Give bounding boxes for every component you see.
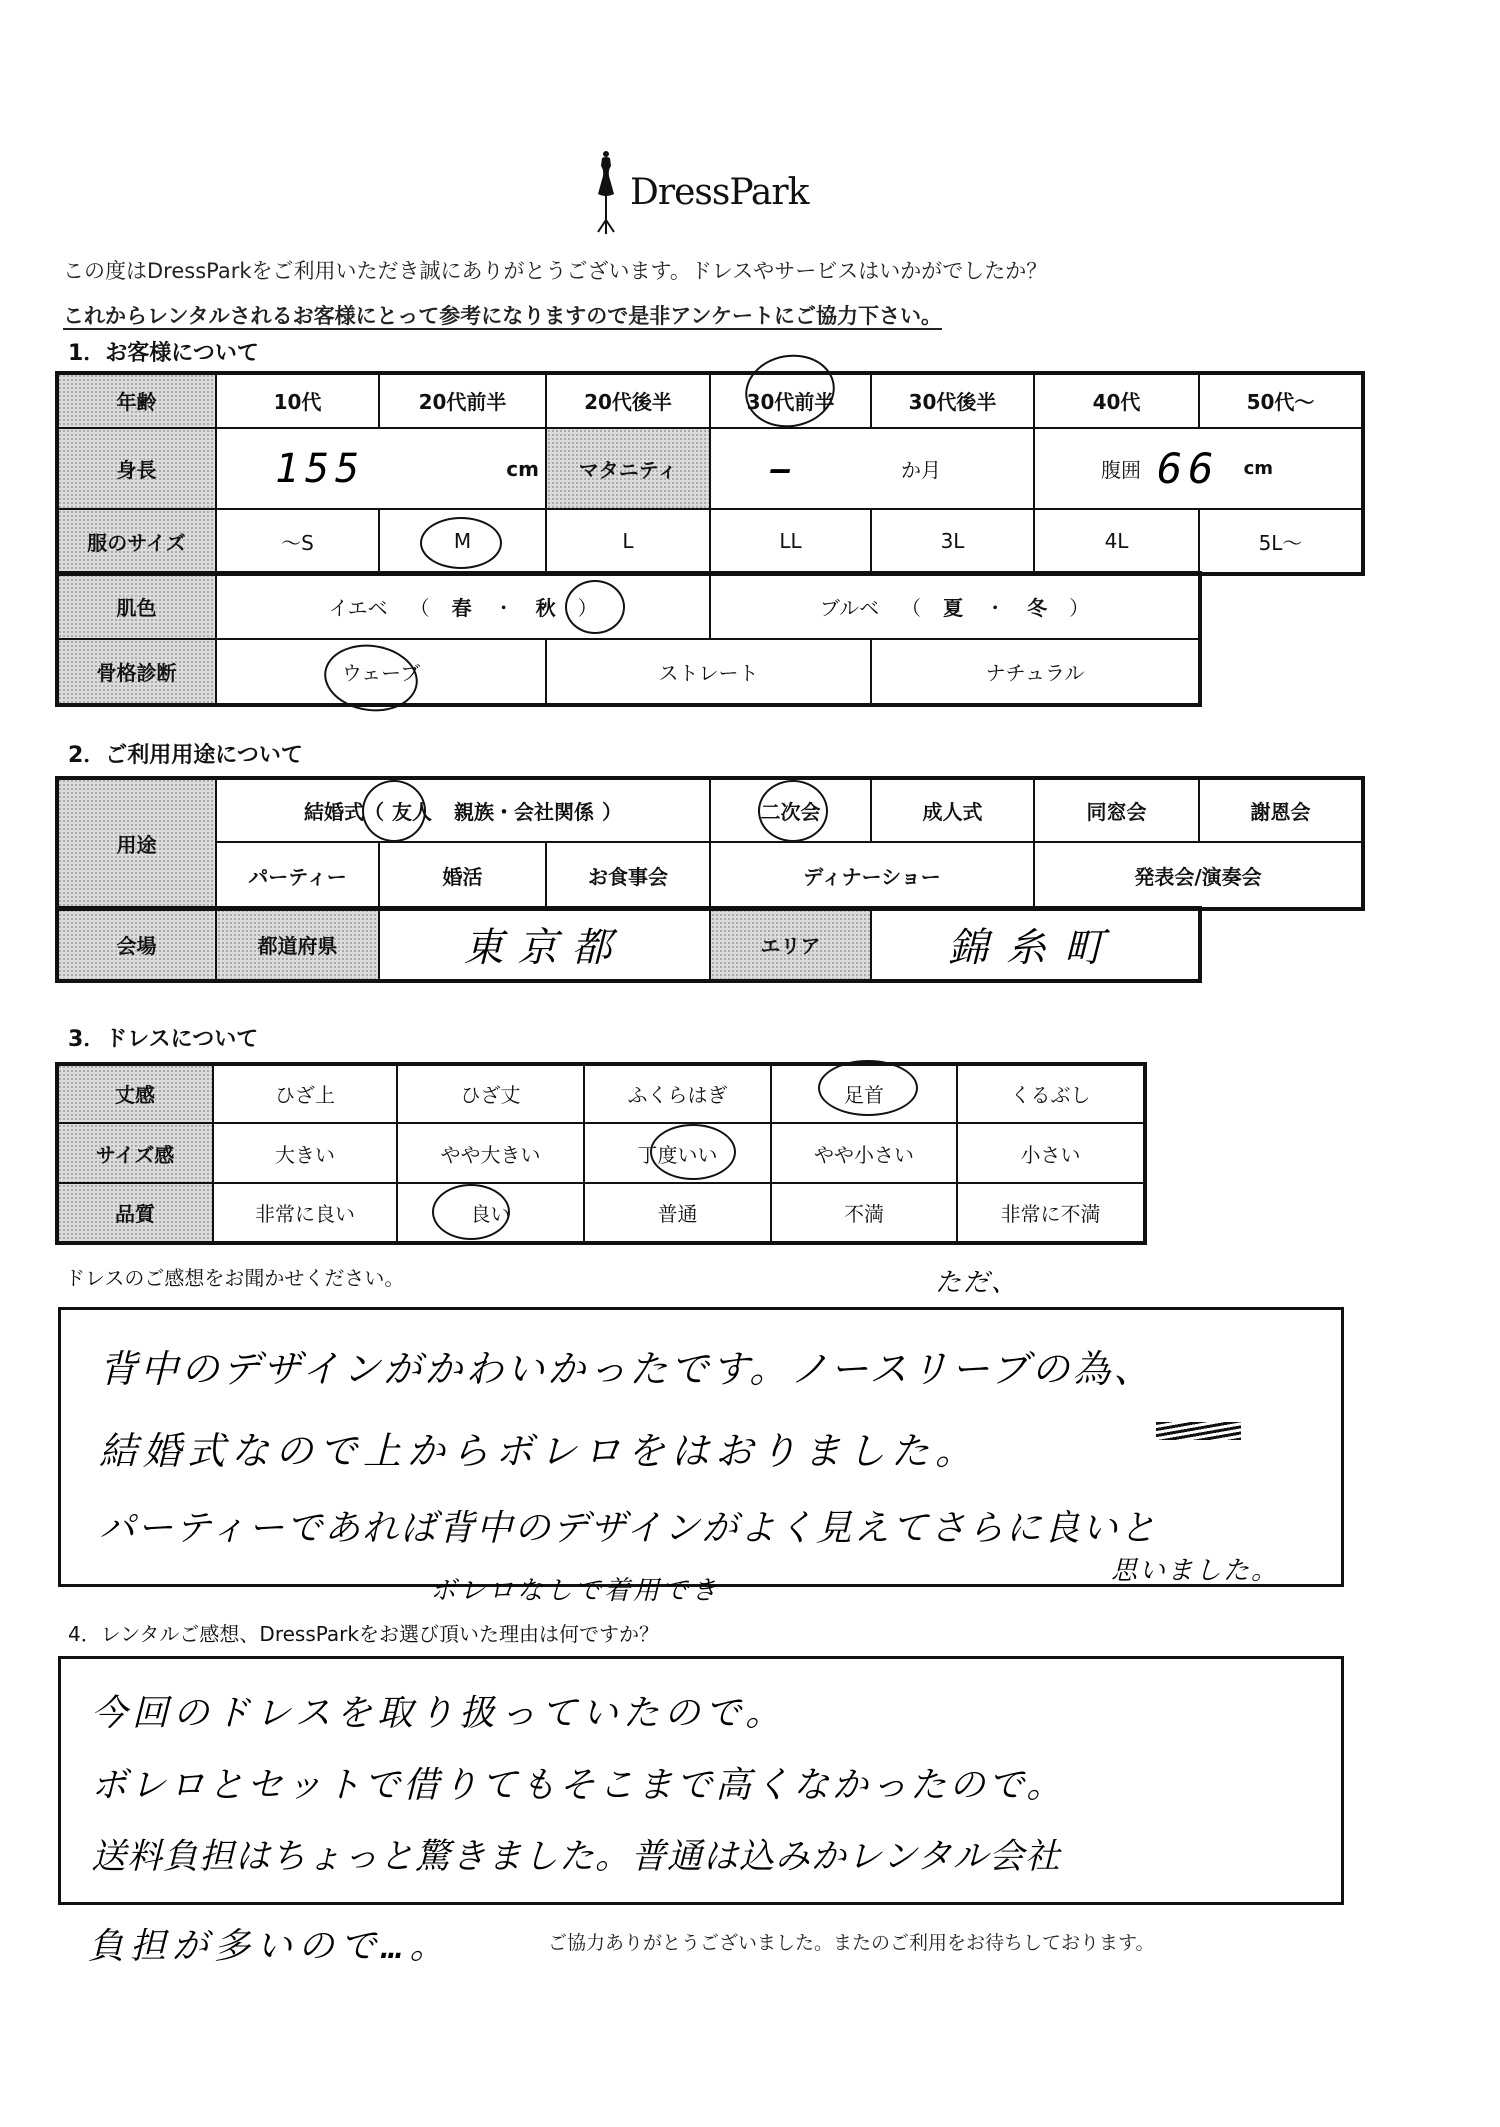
separator: ・	[494, 592, 514, 621]
size-option-m[interactable]: M	[378, 508, 547, 574]
waist-unit: cm	[1244, 458, 1273, 479]
brand-name: DressPark	[630, 172, 808, 213]
fit-option-large[interactable]: 大きい	[212, 1122, 398, 1184]
purpose-option-recital[interactable]: 発表会/演奏会	[1033, 841, 1363, 909]
purpose-label: 用途	[56, 777, 217, 909]
length-option-calf[interactable]: ふくらはぎ	[583, 1063, 772, 1124]
maternity-unit: か月	[901, 454, 941, 483]
height-label: 身長	[56, 427, 217, 510]
height-unit: cm	[506, 457, 539, 481]
purpose-option-thank-you-party[interactable]: 謝恩会	[1198, 777, 1363, 843]
purpose-option-party[interactable]: パーティー	[215, 841, 380, 909]
paren-open: （	[410, 592, 430, 621]
purpose-option-coming-of-age[interactable]: 成人式	[870, 777, 1035, 843]
quality-option-very-good[interactable]: 非常に良い	[212, 1182, 398, 1243]
paren-close: ）	[602, 796, 622, 825]
wedding-prefix: 結婚式（	[304, 796, 384, 825]
dress-comment-box[interactable]: 背中のデザインがかわいかったです。ノースリーブの為、 結婚式なので上からボレロを…	[58, 1307, 1344, 1587]
comment-line-4-right: 思いました。	[1111, 1550, 1279, 1587]
section-3-title: 3．ドレスについて	[68, 1022, 258, 1053]
age-option-early-30s[interactable]: 30代前半	[709, 372, 872, 429]
answer-line-1: 今回のドレスを取り扱っていたので。	[91, 1685, 786, 1736]
quality-option-good[interactable]: 良い	[396, 1182, 585, 1243]
mannequin-icon	[592, 150, 620, 236]
comment-line-2: 結婚式なので上からボレロをはおりました。	[99, 1420, 979, 1475]
paren-close: ）	[1069, 592, 1089, 621]
area-field[interactable]: 錦糸町	[870, 907, 1200, 981]
maternity-field[interactable]: — か月	[709, 427, 1035, 510]
purpose-option-friend[interactable]: 友人	[392, 796, 432, 825]
section-4-title: 4．レンタルご感想、DressParkをお選び頂いた理由は何ですか？	[68, 1618, 659, 1647]
skin-yellow-prefix: イエベ	[328, 592, 387, 621]
section-2-title: 2．ご利用用途について	[68, 738, 303, 769]
fit-option-slightly-small[interactable]: やや小さい	[770, 1122, 958, 1184]
answer-line-4: 負担が多いので…。	[88, 1918, 452, 1969]
purpose-option-dinner-show[interactable]: ディナーショー	[709, 841, 1035, 909]
section-1-title: 1．お客様について	[68, 336, 259, 367]
size-option-4l[interactable]: 4L	[1033, 508, 1200, 574]
skeleton-option-straight[interactable]: ストレート	[545, 638, 872, 705]
skin-blue-base[interactable]: ブルベ （ 夏 ・ 冬 ）	[709, 572, 1200, 640]
purpose-wedding[interactable]: 結婚式（ 友人 親族・会社関係 ）	[215, 777, 711, 843]
quality-option-very-dissatisfied[interactable]: 非常に不満	[956, 1182, 1145, 1243]
maternity-value: —	[771, 450, 796, 488]
size-option-s[interactable]: ～S	[215, 508, 380, 574]
age-option-early-20s[interactable]: 20代前半	[378, 372, 547, 429]
height-field[interactable]: 155 cm	[215, 427, 547, 510]
fit-label: サイズ感	[56, 1122, 214, 1184]
fit-option-slightly-large[interactable]: やや大きい	[396, 1122, 585, 1184]
intro-line-1: この度はDressParkをご利用いただき誠にありがとうございます。ドレスやサー…	[63, 255, 1047, 285]
purpose-option-family-work[interactable]: 親族・会社関係	[454, 796, 594, 825]
answer-line-2: ボレロとセットで借りてもそこまで高くなかったので。	[91, 1757, 1065, 1808]
height-value: 155	[275, 446, 365, 492]
age-label: 年齢	[56, 372, 217, 429]
quality-label: 品質	[56, 1182, 214, 1243]
length-label: 丈感	[56, 1063, 214, 1124]
prefecture-label: 都道府県	[215, 907, 380, 981]
waist-field[interactable]: 腹囲 66 cm	[1033, 427, 1363, 510]
skeleton-option-natural[interactable]: ナチュラル	[870, 638, 1200, 705]
age-option-late-20s[interactable]: 20代後半	[545, 372, 711, 429]
skin-option-summer[interactable]: 夏	[943, 592, 963, 621]
fit-option-small[interactable]: 小さい	[956, 1122, 1145, 1184]
area-value: 錦糸町	[948, 916, 1122, 973]
answer-line-3: 送料負担はちょっと驚きました。普通は込みかレンタル会社	[91, 1829, 1061, 1879]
intro-line-2: これからレンタルされるお客様にとって参考になりますので是非アンケートにご協力下さ…	[63, 300, 942, 330]
skin-option-autumn[interactable]: 秋	[536, 592, 556, 621]
skin-option-winter[interactable]: 冬	[1027, 592, 1047, 621]
waist-label: 腹囲	[1101, 454, 1141, 483]
age-option-40s[interactable]: 40代	[1033, 372, 1200, 429]
dress-comment-prompt: ドレスのご感想をお聞かせください。	[65, 1262, 404, 1291]
maternity-label: マタニティ	[545, 427, 711, 510]
skin-option-spring[interactable]: 春	[452, 592, 472, 621]
comment-insert: ただ、	[935, 1262, 1019, 1299]
quality-option-dissatisfied[interactable]: 不満	[770, 1182, 958, 1243]
length-option-above-knee[interactable]: ひざ上	[212, 1063, 398, 1124]
age-option-10s[interactable]: 10代	[215, 372, 380, 429]
fit-option-just-right[interactable]: 丁度いい	[583, 1122, 772, 1184]
length-option-ankle-bone[interactable]: くるぶし	[956, 1063, 1145, 1124]
prefecture-value: 東京都	[464, 916, 626, 973]
age-option-50s-plus[interactable]: 50代～	[1198, 372, 1363, 429]
skin-label: 肌色	[56, 572, 217, 640]
length-option-knee[interactable]: ひざ丈	[396, 1063, 585, 1124]
purpose-option-afterparty[interactable]: 二次会	[709, 777, 872, 843]
size-option-5l-plus[interactable]: 5L～	[1198, 508, 1363, 574]
skin-yellow-base[interactable]: イエベ （ 春 ・ 秋 ）	[215, 572, 711, 640]
size-option-3l[interactable]: 3L	[870, 508, 1035, 574]
size-option-l[interactable]: L	[545, 508, 711, 574]
skeleton-option-wave[interactable]: ウェーブ	[215, 638, 547, 705]
size-label: 服のサイズ	[56, 508, 217, 574]
scribbled-out-text	[1156, 1422, 1241, 1440]
rental-feedback-box[interactable]: 今回のドレスを取り扱っていたので。 ボレロとセットで借りてもそこまで高くなかった…	[58, 1656, 1344, 1905]
logo: DressPark	[592, 150, 822, 240]
size-option-ll[interactable]: LL	[709, 508, 872, 574]
closing-message: ご協力ありがとうございました。またのご利用をお待ちしております。	[548, 1928, 1154, 1955]
length-option-ankle[interactable]: 足首	[770, 1063, 958, 1124]
skin-blue-prefix: ブルベ	[820, 592, 879, 621]
comment-line-4-left: ボレロなしで着用でき	[430, 1570, 720, 1607]
purpose-option-dinner[interactable]: お食事会	[545, 841, 711, 909]
paren-open: （	[901, 592, 921, 621]
area-label: エリア	[709, 907, 872, 981]
skeleton-label: 骨格診断	[56, 638, 217, 705]
purpose-option-konkatsu[interactable]: 婚活	[378, 841, 547, 909]
age-option-late-30s[interactable]: 30代後半	[870, 372, 1035, 429]
separator: ・	[985, 592, 1005, 621]
purpose-option-reunion[interactable]: 同窓会	[1033, 777, 1200, 843]
prefecture-field[interactable]: 東京都	[378, 907, 711, 981]
waist-value: 66	[1157, 444, 1220, 493]
quality-option-average[interactable]: 普通	[583, 1182, 772, 1243]
comment-line-1: 背中のデザインがかわいかったです。ノースリーブの為、	[99, 1338, 1154, 1393]
paren-close: ）	[578, 592, 598, 621]
comment-line-3: パーティーであれば背中のデザインがよく見えてさらに良いと	[99, 1500, 1158, 1551]
venue-label: 会場	[56, 907, 217, 981]
